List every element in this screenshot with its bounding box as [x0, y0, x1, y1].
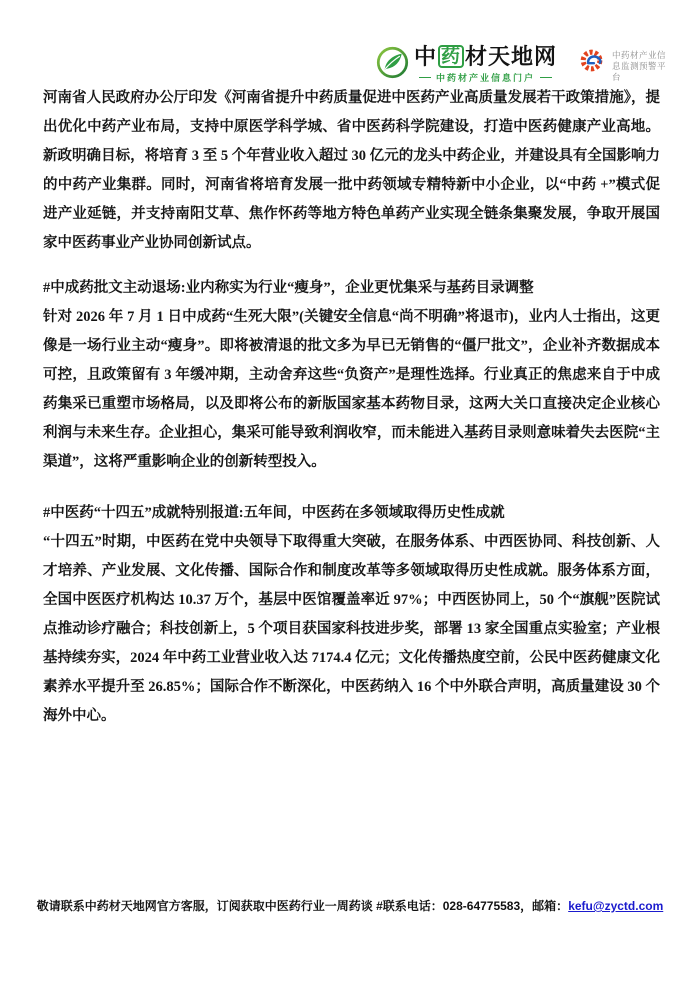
footer-note: 敬请联系中药材天地网官方客服，订阅获取中医药行业一周药谈 #联系电话：028-6… [0, 892, 700, 921]
brand-text: 中药材天地网 中药材产业信息门户 [414, 45, 557, 84]
section-heading-14th-five-year: #中医药“十四五”成就特别报道:五年间，中医药在多领域取得历史性成就 [43, 499, 660, 528]
brand-name: 中药材天地网 [414, 45, 557, 69]
article-paragraph-approval-exit: 针对 2026 年 7 月 1 日中成药“生死大限”(关键安全信息“尚不明确”将… [43, 303, 660, 477]
footer-email-link[interactable]: kefu@zyctd.com [568, 899, 663, 913]
footer-separator: ，邮箱： [520, 899, 568, 913]
brand-logo: 中药材天地网 中药材产业信息门户 [376, 45, 557, 84]
article-paragraph-henan-policy: 河南省人民政府办公厅印发《河南省提升中药质量促进中医药产业高质量发展若干政策措施… [43, 84, 660, 258]
article-body: 河南省人民政府办公厅印发《河南省提升中药质量促进中医药产业高质量发展若干政策措施… [43, 84, 660, 731]
article-paragraph-14th-five-year: “十四五”时期，中医药在党中央领导下取得重大突破，在服务体系、中西医协同、科技创… [43, 528, 660, 731]
platform-label: 中药材产业信息监测预警平台 [612, 47, 668, 83]
footer-phone: 028-64775583 [443, 899, 520, 913]
brand-tagline: 中药材产业信息门户 [419, 71, 552, 84]
header-logo-bar: 中药材天地网 中药材产业信息门户 中药材产业信息监测预警平台 [376, 45, 668, 84]
leaf-circle-icon [376, 46, 409, 84]
brand-yao-badge: 药 [438, 45, 464, 68]
footer-contact-text: 敬请联系中药材天地网官方客服，订阅获取中医药行业一周药谈 #联系电话： [37, 899, 443, 913]
document-page: 中药材天地网 中药材产业信息门户 中药材产业信息监测预警平台 河南省人民政府办公… [0, 0, 700, 990]
platform-logo: 中药材产业信息监测预警平台 [579, 47, 668, 83]
gear-swirl-icon [579, 47, 606, 79]
section-heading-approval-exit: #中成药批文主动退场:业内称实为行业“瘦身”，企业更忧集采与基药目录调整 [43, 274, 660, 303]
